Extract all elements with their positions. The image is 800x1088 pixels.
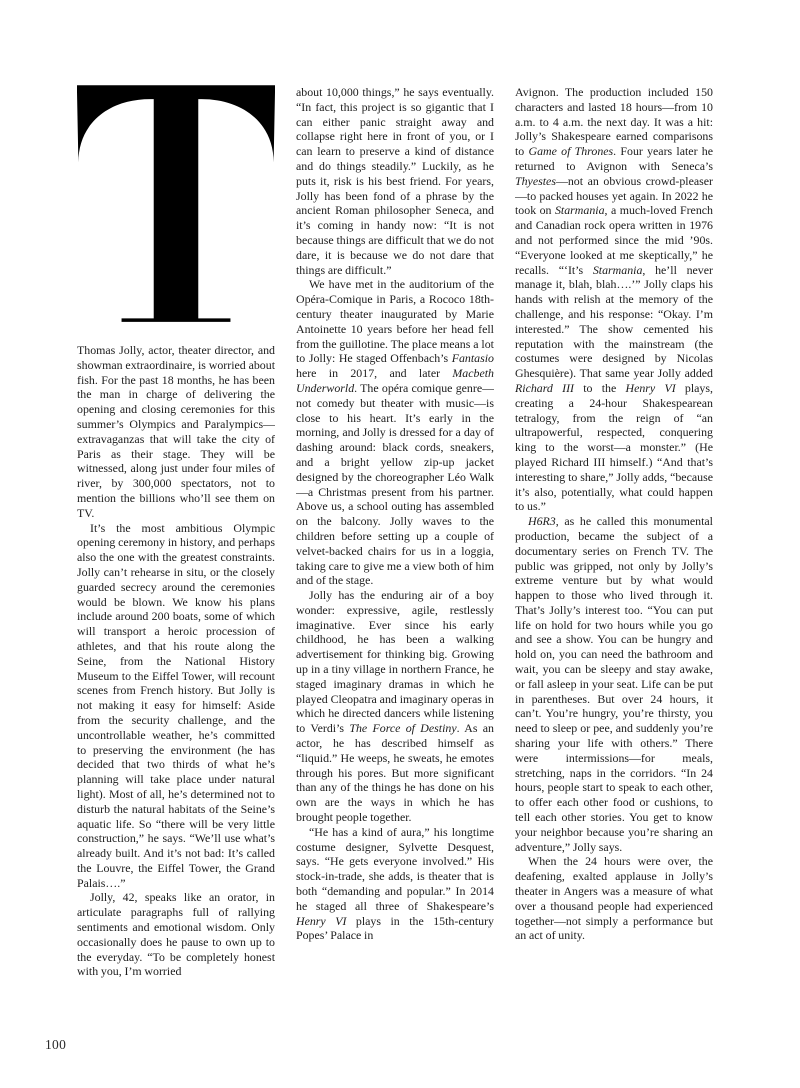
italic-work-title: Richard III — [515, 381, 574, 395]
drop-cap-T-glyph — [77, 85, 275, 326]
italic-work-title: Henry VI — [296, 914, 346, 928]
paragraph: Jolly has the enduring air of a boy wond… — [296, 588, 494, 825]
paragraph: Thomas Jolly, actor, theater director, a… — [77, 343, 275, 521]
page-number: 100 — [45, 1037, 66, 1052]
column-3: Avignon. The production included 150 cha… — [515, 85, 713, 1017]
italic-work-title: Starmania — [593, 263, 643, 277]
magazine-page: Thomas Jolly, actor, theater director, a… — [0, 0, 800, 1088]
paragraph: Jolly, 42, speaks like an orator, in art… — [77, 890, 275, 979]
column-2: about 10,000 things,” he says eventually… — [296, 85, 494, 1017]
paragraph: It’s the most ambitious Olympic opening … — [77, 521, 275, 891]
paragraph: We have met in the auditorium of the Opé… — [296, 277, 494, 588]
paragraph: Avignon. The production included 150 cha… — [515, 85, 713, 514]
drop-cap-letter — [77, 85, 275, 339]
paragraph: H6R3, as he called this monumental produ… — [515, 514, 713, 854]
column-1: Thomas Jolly, actor, theater director, a… — [77, 85, 275, 1017]
article-body: Thomas Jolly, actor, theater director, a… — [77, 85, 713, 1017]
italic-work-title: Fantasio — [452, 351, 494, 365]
paragraph: about 10,000 things,” he says eventually… — [296, 85, 494, 277]
paragraph: When the 24 hours were over, the deafeni… — [515, 854, 713, 943]
italic-work-title: H6R3 — [528, 514, 556, 528]
paragraph: “He has a kind of aura,” his longtime co… — [296, 825, 494, 943]
italic-work-title: Thyestes — [515, 174, 556, 188]
italic-work-title: Macbeth Underworld — [296, 366, 494, 395]
italic-work-title: Henry VI — [625, 381, 675, 395]
italic-work-title: The Force of Destiny — [349, 721, 456, 735]
italic-work-title: Starmania — [555, 203, 605, 217]
italic-work-title: Game of Thrones — [529, 144, 614, 158]
